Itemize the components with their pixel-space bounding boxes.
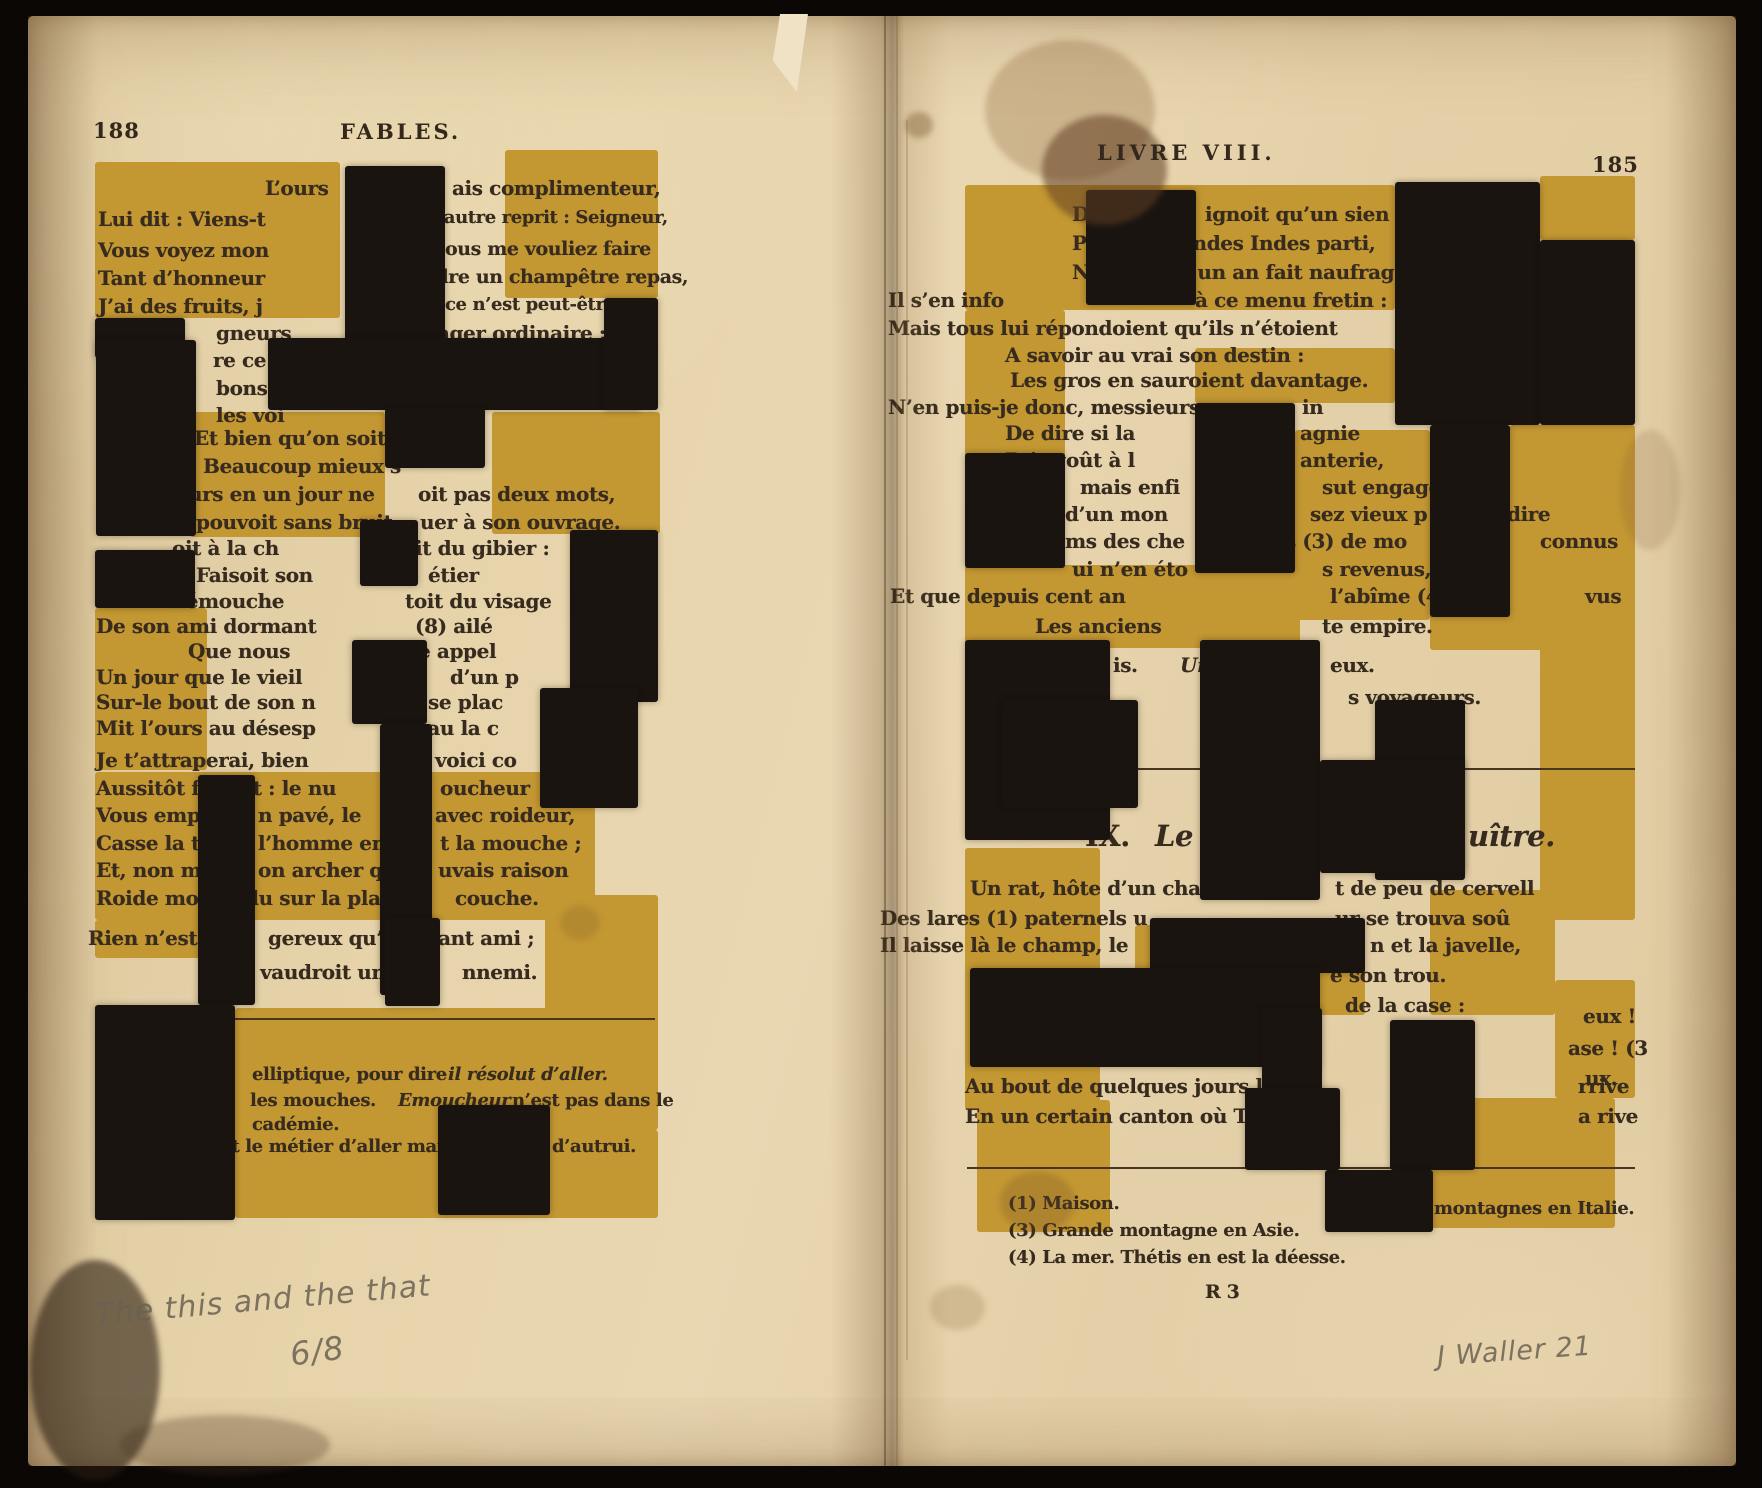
art-rect-black (1390, 1020, 1475, 1170)
photograph-of-altered-book: 188 FABLES. LIVRE VIII. 185 L’oursais co… (0, 0, 1762, 1488)
text-fragment: Et bien qu’on soit, (194, 428, 392, 448)
text-fragment: Aussitôt f (96, 778, 200, 798)
text-fragment: oucheur (440, 778, 530, 798)
text-fragment: ignoit qu’un sien (1) (1205, 204, 1427, 224)
art-rect-black (1003, 700, 1138, 808)
text-fragment: connus (1540, 531, 1618, 551)
text-fragment: R 3 (1205, 1283, 1239, 1302)
text-fragment: avec roideur, (435, 805, 575, 825)
art-rect-black (1195, 403, 1295, 573)
text-fragment: Beaucoup mieux s (203, 456, 401, 476)
text-fragment: Les gros en sauroient davantage. (1010, 370, 1368, 390)
art-rect-black (352, 640, 427, 724)
text-fragment: les mouches. (250, 1092, 376, 1110)
text-fragment: A savoir au vrai son destin : (1005, 345, 1304, 365)
text-fragment: is. (1113, 655, 1138, 675)
text-fragment: uvais raison (438, 860, 568, 880)
text-fragment: uer à son ouvrage. (420, 512, 620, 532)
stitching-crease-line (906, 120, 908, 1360)
text-fragment: P (1072, 233, 1087, 253)
text-fragment: d’un mon (1065, 504, 1168, 524)
text-fragment: Je t’attraperai, bien (96, 750, 308, 770)
art-rect-black (540, 688, 638, 808)
text-fragment: rrive (1578, 1076, 1629, 1096)
art-rect-black (385, 918, 440, 1006)
text-fragment: vus (1585, 586, 1621, 606)
text-fragment: Et, non m (96, 860, 201, 880)
text-fragment: andes Indes parti, (1180, 233, 1375, 253)
text-fragment: uître. (1468, 822, 1555, 851)
text-fragment: Lui dit : Viens-t (98, 209, 265, 229)
fold-crease-line (884, 16, 886, 1466)
art-rect-black (360, 520, 418, 586)
art-rect-black (1395, 182, 1540, 425)
art-rect-black (1150, 918, 1365, 973)
text-fragment: e appel (418, 641, 496, 661)
art-rect-black (345, 166, 445, 342)
text-fragment: ous me vouliez faire (445, 240, 651, 259)
text-fragment: d’autrui. (552, 1138, 636, 1156)
text-fragment: n pavé, le (258, 805, 361, 825)
art-rect-black (198, 775, 255, 1005)
text-fragment: sez vieux p (1310, 504, 1427, 524)
text-fragment: cadémie. (252, 1116, 339, 1134)
text-fragment: L’ours (265, 178, 329, 198)
text-fragment: Que nous (188, 641, 290, 661)
art-rect-black (604, 298, 658, 410)
art-rect-black (1430, 425, 1510, 617)
text-fragment: Le (1155, 822, 1193, 851)
fold-crease-line (896, 16, 898, 1466)
text-fragment: eux. (1330, 655, 1375, 675)
text-fragment: se plac (428, 692, 503, 712)
page-number-right: 185 (1592, 152, 1639, 177)
text-fragment: ais complimenteur, (452, 178, 660, 198)
art-rect-black (95, 550, 195, 608)
art-rect-black (438, 1105, 550, 1215)
art-rect-black (570, 530, 658, 702)
text-fragment: montagnes en Italie. (1434, 1200, 1634, 1218)
running-title-left: FABLES. (340, 119, 461, 144)
text-fragment: (8) ailé (415, 616, 492, 636)
text-fragment: (3) Grande montagne en Asie. (1008, 1222, 1300, 1240)
text-fragment: a rive (1578, 1106, 1638, 1126)
text-fragment: x vaudroit un (242, 962, 386, 982)
text-fragment: Vous voyez mon (98, 240, 269, 260)
text-fragment: Au bout de quelques jours le (965, 1076, 1275, 1096)
art-rect-black (268, 338, 640, 410)
art-rect-ochre (1540, 176, 1635, 240)
text-fragment: n et la javelle, (1370, 935, 1521, 955)
art-rect-ochre (1540, 620, 1635, 920)
text-fragment: nnemi. (462, 962, 537, 982)
art-rect-black (1540, 240, 1635, 425)
text-fragment: it du gibier : (415, 538, 549, 558)
text-fragment: anterie, (1300, 450, 1384, 470)
text-fragment: oit pas deux mots, (418, 484, 615, 504)
text-fragment: Mais tous lui répondoient qu’ils n’étoie… (888, 318, 1338, 338)
art-rect-black (96, 340, 196, 536)
text-fragment: ui n’en éto (1072, 559, 1188, 579)
text-fragment: Un rat, hôte d’un champ (970, 878, 1235, 898)
art-rect-black (1200, 640, 1320, 900)
text-fragment: En un certain canton où The (965, 1106, 1274, 1126)
text-fragment: agnie (1300, 423, 1360, 443)
text-fragment: De dire si la (1005, 423, 1135, 443)
text-fragment: L’autre reprit : Seigneur, (430, 209, 668, 227)
art-rect-black (1086, 190, 1196, 305)
text-fragment: Casse la tê (96, 833, 212, 853)
text-fragment: s (3) de mo (1285, 531, 1407, 551)
text-fragment: t la mouche ; (440, 833, 581, 853)
art-rect-black (385, 408, 485, 468)
text-fragment: toit du visage (405, 591, 551, 611)
text-fragment: Sur-le bout de son n (96, 692, 316, 712)
text-fragment: Rien n’est (88, 928, 197, 948)
text-fragment: voici co (435, 750, 517, 770)
text-fragment: il résolut d’aller. (448, 1066, 608, 1084)
text-fragment: gereux qu’u (268, 928, 397, 948)
text-fragment: eux ! (1583, 1006, 1636, 1026)
text-fragment: d’un p (450, 667, 519, 687)
page-number-left: 188 (93, 118, 140, 143)
text-fragment: Tant d’honneur (98, 268, 265, 288)
text-fragment: Faisoit son (196, 565, 313, 585)
text-fragment: couche. (455, 888, 539, 908)
text-fragment: Mit l’ours au désesp (96, 718, 316, 738)
text-fragment: (1) Maison. (1008, 1195, 1119, 1213)
text-fragment: étier (428, 565, 479, 585)
text-fragment: mais enfi (1080, 477, 1180, 497)
text-fragment: (4) La mer. Thétis en est la déesse. (1008, 1249, 1346, 1267)
text-fragment: sut engagé (1322, 477, 1441, 497)
text-fragment: Les anciens (1035, 616, 1161, 636)
text-fragment: s un an fait naufrag (1180, 262, 1394, 282)
art-rect-black (1245, 1088, 1340, 1170)
text-fragment: on archer q (258, 860, 383, 880)
text-fragment: De son ami dormant (96, 616, 316, 636)
text-fragment: t de peu de cervell (1335, 878, 1534, 898)
text-fragment: Roide mor (96, 888, 209, 908)
text-fragment: s revenus, (1322, 559, 1431, 579)
pencil-inscription: 6/8 (288, 1328, 347, 1373)
art-rect-black (965, 453, 1065, 568)
text-fragment: ndre un champêtre repas, (422, 268, 688, 287)
text-fragment: Vous emp (96, 805, 200, 825)
art-rect-black (1325, 1170, 1433, 1232)
art-rect-black (1320, 760, 1465, 873)
text-fragment: ours en un jour ne (175, 484, 375, 504)
text-fragment: ase ! (3 (1568, 1038, 1648, 1058)
text-fragment: de la case : (1345, 995, 1465, 1015)
art-rect-black (95, 1005, 235, 1220)
text-fragment: J’ai des fruits, j (98, 296, 263, 316)
center-fold-shadow (830, 16, 950, 1466)
text-fragment: à ce menu fretin : ( (1195, 290, 1403, 310)
text-fragment: elliptique, pour dire (252, 1066, 447, 1084)
text-fragment: du sur la pla (245, 888, 381, 908)
text-fragment: dire (1507, 504, 1550, 524)
running-title-right: LIVRE VIII. (1097, 140, 1276, 165)
text-fragment: te empire. (1322, 616, 1433, 636)
text-fragment: ms des che (1065, 531, 1185, 551)
text-fragment: Un jour que le vieil (96, 667, 302, 687)
text-fragment: it le métier d’aller mang (225, 1138, 462, 1156)
